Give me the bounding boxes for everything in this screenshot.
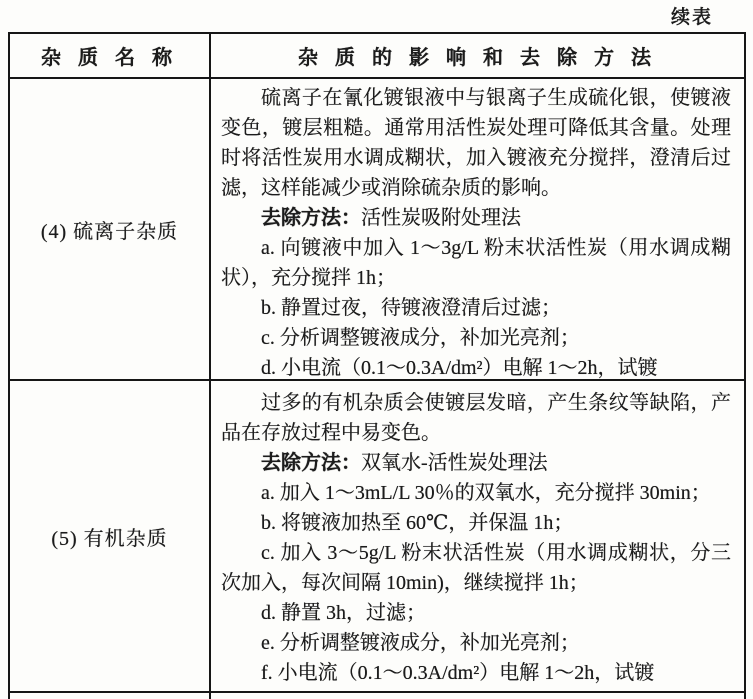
step-e: e. 分析调整镀液成分，补加光亮剂； <box>221 628 731 658</box>
row-sulfide-ion-content: 硫离子在氰化镀银液中与银离子生成硫化银，使镀液变色，镀层粗糙。通常用活性炭处理可… <box>211 79 744 381</box>
continued-table-label: 续表 <box>671 2 713 29</box>
header-impurity-effect-removal: 杂 质 的 影 响 和 去 除 方 法 <box>211 34 744 79</box>
next-row-stub-right <box>211 693 744 699</box>
step-f: f. 小电流（0.1～0.3A/dm²）电解 1～2h，试镀 <box>221 658 731 688</box>
step-d: d. 静置 3h，过滤； <box>221 598 731 628</box>
step-b: b. 将镀液加热至 60℃，并保温 1h； <box>221 508 731 538</box>
header-impurity-name: 杂 质 名 称 <box>10 34 211 79</box>
row-organic-content: 过多的有机杂质会使镀层发暗，产生条纹等缺陷，产品在存放过程中易变色。 去除方法：… <box>211 381 744 693</box>
next-row-stub-left <box>10 693 211 699</box>
step-a: a. 向镀液中加入 1～3g/L 粉末状活性炭（用水调成糊状），充分搅拌 1h； <box>221 233 731 293</box>
step-c: c. 加入 3～5g/L 粉末状活性炭（用水调成糊状，分三次加入，每次间隔 10… <box>221 538 731 598</box>
paragraph-effect: 硫离子在氰化镀银液中与银离子生成硫化银，使镀液变色，镀层粗糙。通常用活性炭处理可… <box>221 83 731 203</box>
step-c: c. 分析调整镀液成分，补加光亮剂； <box>221 323 731 353</box>
row-organic-name: (5) 有机杂质 <box>10 381 211 693</box>
paragraph-method-title: 去除方法：活性炭吸附处理法 <box>221 203 731 233</box>
impurity-table: 杂 质 名 称 杂 质 的 影 响 和 去 除 方 法 (4) 硫离子杂质 硫离… <box>8 32 746 699</box>
step-d: d. 小电流（0.1～0.3A/dm²）电解 1～2h，试镀 <box>221 353 731 381</box>
step-a: a. 加入 1～3mL/L 30％的双氧水，充分搅拌 30min； <box>221 478 731 508</box>
paragraph-method-title: 去除方法：双氧水-活性炭处理法 <box>221 448 731 478</box>
row-sulfide-ion-name: (4) 硫离子杂质 <box>10 79 211 381</box>
scanned-page: 续表 杂 质 名 称 杂 质 的 影 响 和 去 除 方 法 (4) 硫离子杂质… <box>0 0 753 699</box>
paragraph-effect: 过多的有机杂质会使镀层发暗，产生条纹等缺陷，产品在存放过程中易变色。 <box>221 388 731 448</box>
step-b: b. 静置过夜，待镀液澄清后过滤； <box>221 293 731 323</box>
